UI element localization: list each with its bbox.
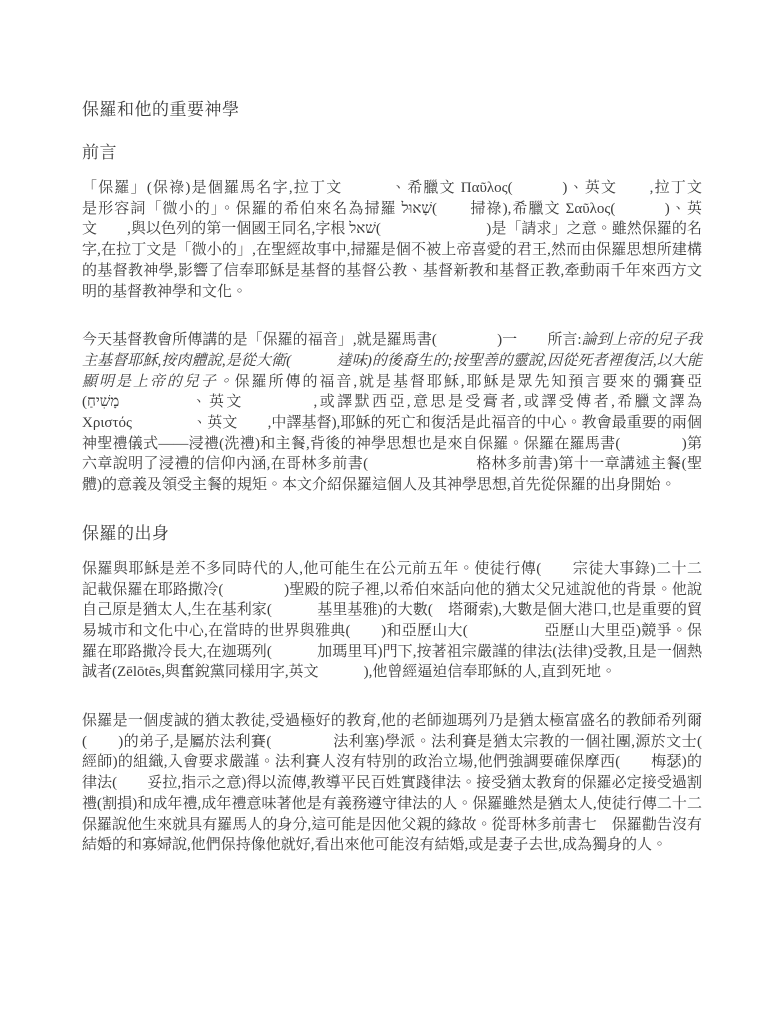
document-page: 保羅和他的重要神學 前言「保羅」(保祿)是個羅馬名字,拉丁文 、希臘文 Παῦλ… — [82, 100, 702, 856]
paragraph: 今天基督教會所傳講的是「保羅的福音」,就是羅馬書( )一 所言:論到上帝的兒子我… — [82, 330, 702, 496]
document-body: 前言「保羅」(保祿)是個羅馬名字,拉丁文 、希臘文 Παῦλος( )、英文 ,… — [82, 143, 702, 856]
text-run: 今天基督教會所傳講的是「保羅的福音」,就是羅馬書( )一 所言: — [82, 332, 582, 348]
document-title: 保羅和他的重要神學 — [82, 100, 702, 120]
paragraph: 「保羅」(保祿)是個羅馬名字,拉丁文 、希臘文 Παῦλος( )、英文 ,拉丁… — [82, 178, 702, 302]
text-run: 保羅所傳的福音,就是基督耶穌,耶穌是眾先知預言要來的彌賽亞(מָשִׁיחַ 、… — [82, 374, 702, 494]
text-run: 「保羅」(保祿)是個羅馬名字,拉丁文 、希臘文 Παῦλος( )、英文 ,拉丁… — [82, 180, 762, 300]
text-run: 保羅與耶穌是差不多同時代的人,他可能生在公元前五年。使徒行傳( 宗徒大事錄)二十… — [82, 561, 732, 681]
text-run: 保羅是一個虔誠的猶太教徒,受過極好的教育,他的老師迦瑪列乃是猶太極富盛名的教師希… — [82, 713, 732, 853]
section-heading: 前言 — [82, 143, 702, 163]
paragraph: 保羅是一個虔誠的猶太教徒,受過極好的教育,他的老師迦瑪列乃是猶太極富盛名的教師希… — [82, 711, 702, 856]
paragraph: 保羅與耶穌是差不多同時代的人,他可能生在公元前五年。使徒行傳( 宗徒大事錄)二十… — [82, 559, 702, 683]
section-heading: 保羅的出身 — [82, 524, 702, 544]
